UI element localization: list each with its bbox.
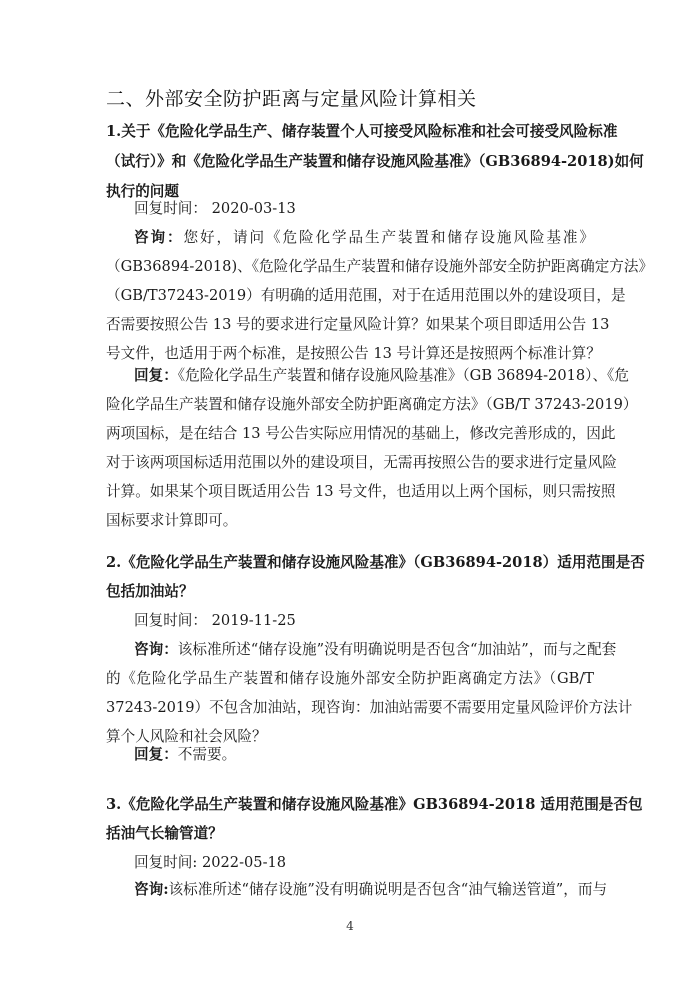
item-1-answer-line-6: 国标要求计算即可。 <box>106 511 594 531</box>
reply-time-label: 回复时间： <box>134 200 207 217</box>
item-2-consult-line-2: 的《危险化学品生产装置和储存设施外部安全防护距离确定方法》（GB/T <box>106 669 594 689</box>
reply-time-value: 2022-05-18 <box>202 854 286 871</box>
item-1-title-line-1: 1.关于《危险化学品生产、储存装置个人可接受风险标准和社会可接受风险标准 <box>106 122 594 142</box>
item-3-title-line-1: 3.《危险化学品生产装置和储存设施风险基准》GB36894-2018 适用范围是… <box>106 795 594 815</box>
consult-text: 您好，请问《危险化学品生产装置和储存设施风险基准》 <box>184 229 595 246</box>
consult-text: 该标准所述“储存设施”没有明确说明是否包含“加油站”，而与之配套 <box>178 641 616 658</box>
page-number: 4 <box>0 919 700 933</box>
reply-time-label: 回复时间： <box>134 612 207 629</box>
item-2-reply-time: 回复时间： 2019-11-25 <box>134 611 594 631</box>
item-1-consult-line-5: 号文件，也适用于两个标准，是按照公告 13 号计算还是按照两个标准计算？ <box>106 344 594 364</box>
item-3-title-line-2: 括油气长输管道？ <box>106 824 594 844</box>
item-1-consult-line-1: 咨询：您好，请问《危险化学品生产装置和储存设施风险基准》 <box>134 228 594 248</box>
item-1-answer-line-1: 回复：《危险化学品生产装置和储存设施风险基准》（GB 36894-2018）、《… <box>134 366 594 386</box>
answer-label: 回复： <box>134 367 178 384</box>
item-2-title-line-1: 2.《危险化学品生产装置和储存设施风险基准》（GB36894-2018）适用范围… <box>106 553 594 573</box>
consult-label: 咨询: <box>134 881 169 898</box>
consult-text: 该标准所述“储存设施”没有明确说明是否包含“油气输送管道”，而与 <box>169 881 607 898</box>
item-1-reply-time: 回复时间： 2020-03-13 <box>134 199 594 219</box>
consult-label: 咨询： <box>134 229 184 246</box>
item-2-title-line-2: 包括加油站？ <box>106 582 594 602</box>
reply-time-value: 2020-03-13 <box>212 200 296 217</box>
item-1-consult-line-2: （GB36894-2018)、《危险化学品生产装置和储存设施外部安全防护距离确定… <box>106 257 594 277</box>
answer-label: 回复： <box>134 746 178 763</box>
section-title: 二、外部安全防护距离与定量风险计算相关 <box>106 84 477 111</box>
item-1-title-line-2: （试行）》和《危险化学品生产装置和储存设施风险基准》（GB36894-2018)… <box>106 152 594 172</box>
item-3-reply-time: 回复时间: 2022-05-18 <box>134 853 594 873</box>
item-1-answer-line-3: 两项国标，是在结合 13 号公告实际应用情况的基础上，修改完善形成的，因此 <box>106 424 594 444</box>
item-3-consult-line-1: 咨询:该标准所述“储存设施”没有明确说明是否包含“油气输送管道”，而与 <box>134 880 594 900</box>
answer-text: 不需要。 <box>178 746 236 763</box>
consult-label: 咨询： <box>134 641 178 658</box>
item-1-answer-line-5: 计算。如果某个项目既适用公告 13 号文件，也适用以上两个国标，则只需按照 <box>106 482 594 502</box>
item-1-answer-line-2: 险化学品生产装置和储存设施外部安全防护距离确定方法》（GB/T 37243-20… <box>106 395 594 415</box>
item-1-consult-line-4: 否需要按照公告 13 号的要求进行定量风险计算？如果某个项目即适用公告 13 <box>106 315 594 335</box>
reply-time-label: 回复时间: <box>134 854 197 871</box>
item-2-consult-line-1: 咨询：该标准所述“储存设施”没有明确说明是否包含“加油站”，而与之配套 <box>134 640 594 660</box>
item-2-consult-line-3: 37243-2019）不包含加油站，现咨询：加油站需要不需要用定量风险评价方法计 <box>106 698 594 718</box>
item-1-consult-line-3: （GB/T37243-2019）有明确的适用范围，对于在适用范围以外的建设项目，… <box>106 286 594 306</box>
item-2-answer-line-1: 回复：不需要。 <box>134 745 594 765</box>
item-1-answer-line-4: 对于该两项国标适用范围以外的建设项目，无需再按照公告的要求进行定量风险 <box>106 453 594 473</box>
answer-text: 《危险化学品生产装置和储存设施风险基准》（GB 36894-2018）、《危 <box>178 367 629 384</box>
reply-time-value: 2019-11-25 <box>212 612 296 629</box>
item-2-consult-line-4: 算个人风险和社会风险？ <box>106 727 594 747</box>
